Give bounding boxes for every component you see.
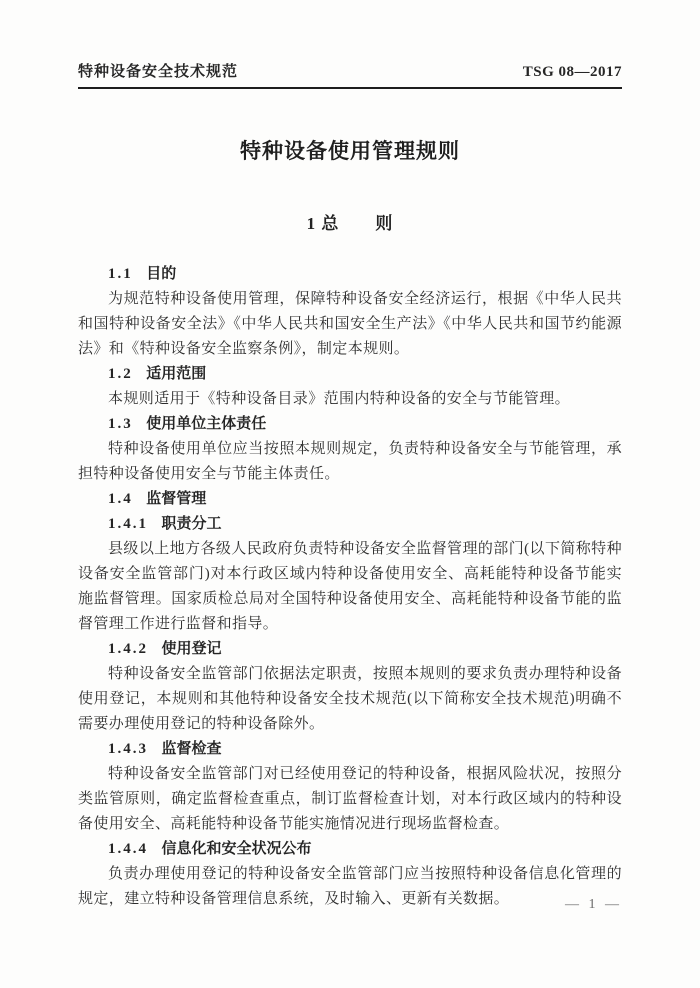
section-paragraph: 县级以上地方各级人民政府负责特种设备安全监督管理的部门(以下简称特种设备安全监管… bbox=[78, 537, 622, 637]
section-heading: 1.1目的 bbox=[78, 262, 622, 287]
section-paragraph: 特种设备使用单位应当按照本规则规定，负责特种设备安全与节能管理，承担特种设备使用… bbox=[78, 437, 622, 487]
section-1-4-3: 1.4.3监督检查 特种设备安全监管部门对已经使用登记的特种设备，根据风险状况，… bbox=[78, 737, 622, 837]
section-number: 1.4 bbox=[108, 491, 133, 507]
section-paragraph: 负责办理使用登记的特种设备安全监管部门应当按照特种设备信息化管理的规定，建立特种… bbox=[78, 862, 622, 912]
section-number: 1.3 bbox=[108, 416, 133, 432]
section-paragraph: 本规则适用于《特种设备目录》范围内特种设备的安全与节能管理。 bbox=[78, 387, 622, 412]
section-heading: 1.4.3监督检查 bbox=[78, 737, 622, 762]
section-heading: 1.4.4信息化和安全状况公布 bbox=[78, 837, 622, 862]
header-right-code: TSG 08—2017 bbox=[523, 64, 622, 81]
section-1-3: 1.3使用单位主体责任 特种设备使用单位应当按照本规则规定，负责特种设备安全与节… bbox=[78, 412, 622, 487]
section-1-4-1: 1.4.1职责分工 县级以上地方各级人民政府负责特种设备安全监督管理的部门(以下… bbox=[78, 512, 622, 637]
page-header: 特种设备安全技术规范 TSG 08—2017 bbox=[78, 60, 622, 89]
section-1-4: 1.4监督管理 bbox=[78, 487, 622, 512]
section-heading: 1.4.2使用登记 bbox=[78, 637, 622, 662]
page-number: — 1 — bbox=[565, 897, 622, 912]
section-number: 1.4.1 bbox=[108, 516, 148, 532]
section-paragraph: 特种设备安全监管部门对已经使用登记的特种设备，根据风险状况，按照分类监管原则，确… bbox=[78, 762, 622, 837]
document-title: 特种设备使用管理规则 bbox=[78, 135, 622, 165]
section-title: 职责分工 bbox=[162, 516, 222, 532]
section-title: 适用范围 bbox=[146, 366, 206, 382]
section-heading: 1.3使用单位主体责任 bbox=[78, 412, 622, 437]
section-title: 使用单位主体责任 bbox=[146, 416, 266, 432]
section-heading: 1.2适用范围 bbox=[78, 362, 622, 387]
section-1-1: 1.1目的 为规范特种设备使用管理，保障特种设备安全经济运行，根据《中华人民共和… bbox=[78, 262, 622, 362]
section-number: 1.4.4 bbox=[108, 841, 148, 857]
chapter-heading: 1 总 则 bbox=[78, 209, 622, 234]
section-title: 监督检查 bbox=[162, 741, 222, 757]
document-body: 1.1目的 为规范特种设备使用管理，保障特种设备安全经济运行，根据《中华人民共和… bbox=[78, 262, 622, 912]
section-paragraph: 特种设备安全监管部门依据法定职责，按照本规则的要求负责办理特种设备使用登记，本规… bbox=[78, 662, 622, 737]
page-footer: — 1 — bbox=[565, 897, 622, 913]
section-1-2: 1.2适用范围 本规则适用于《特种设备目录》范围内特种设备的安全与节能管理。 bbox=[78, 362, 622, 412]
section-number: 1.4.3 bbox=[108, 741, 148, 757]
section-number: 1.2 bbox=[108, 366, 133, 382]
header-left-text: 特种设备安全技术规范 bbox=[78, 60, 238, 81]
section-1-4-4: 1.4.4信息化和安全状况公布 负责办理使用登记的特种设备安全监管部门应当按照特… bbox=[78, 837, 622, 912]
document-page: 特种设备安全技术规范 TSG 08—2017 特种设备使用管理规则 1 总 则 … bbox=[0, 0, 700, 988]
section-number: 1.4.2 bbox=[108, 641, 148, 657]
section-number: 1.1 bbox=[108, 266, 133, 282]
section-heading: 1.4监督管理 bbox=[78, 487, 622, 512]
section-heading: 1.4.1职责分工 bbox=[78, 512, 622, 537]
section-title: 监督管理 bbox=[146, 491, 206, 507]
section-title: 使用登记 bbox=[162, 641, 222, 657]
section-title: 信息化和安全状况公布 bbox=[162, 841, 312, 857]
section-title: 目的 bbox=[146, 266, 176, 282]
section-paragraph: 为规范特种设备使用管理，保障特种设备安全经济运行，根据《中华人民共和国特种设备安… bbox=[78, 287, 622, 362]
section-1-4-2: 1.4.2使用登记 特种设备安全监管部门依据法定职责，按照本规则的要求负责办理特… bbox=[78, 637, 622, 737]
